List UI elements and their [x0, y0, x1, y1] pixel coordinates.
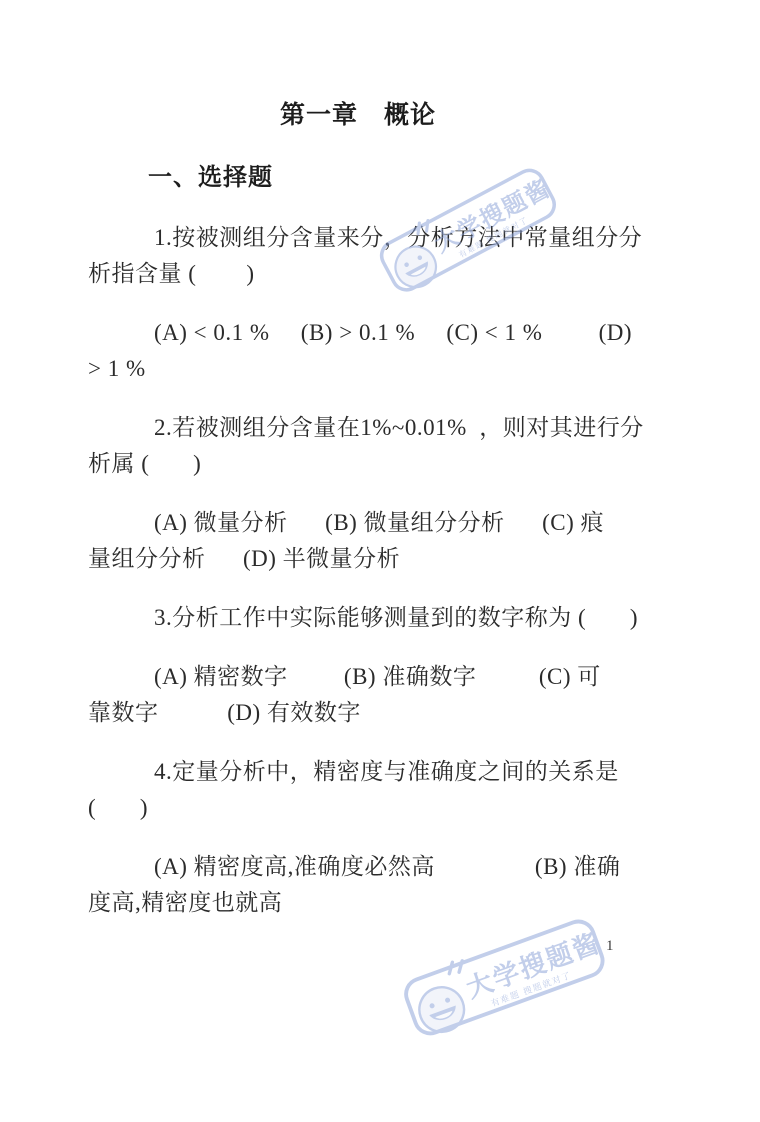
- question-3-line-1: 3.分析工作中实际能够测量到的数字称为 ( ): [88, 600, 628, 636]
- question-4-line-2: ( ): [88, 790, 628, 826]
- stamp-border: [402, 917, 607, 1038]
- question-4-options-line-2: 度高,精密度也就高: [88, 885, 628, 921]
- question-3-options-line-1: (A) 精密数字 (B) 准确数字 (C) 可: [88, 659, 628, 695]
- watermark-stamp-bottom: 大学搜题酱 有难题 搜题就对了: [394, 908, 619, 1056]
- question-1-line-2: 析指含量 ( ): [88, 256, 628, 292]
- mascot-icon: [407, 959, 483, 1038]
- stamp-brand-text: 大学搜题酱: [462, 927, 604, 1003]
- question-2-options-line-2: 量组分分析 (D) 半微量分析: [88, 541, 628, 577]
- question-3-options-line-2: 靠数字 (D) 有效数字: [88, 695, 628, 731]
- question-4-line-1: 4.定量分析中，精密度与准确度之间的关系是: [88, 754, 628, 790]
- question-1-line-1: 1.按被测组分含量来分，分析方法中常量组分分: [88, 220, 628, 256]
- question-1-options-line-1: (A) < 0.1 % (B) > 0.1 % (C) < 1 % (D): [88, 315, 628, 351]
- question-1-options-line-2: > 1 %: [88, 351, 628, 387]
- chapter-title: 第一章 概论: [88, 100, 628, 130]
- stamp-graphic: 大学搜题酱 有难题 搜题就对了: [394, 908, 619, 1056]
- question-2-line-2: 析属 ( ): [88, 446, 628, 482]
- section-heading: 一、选择题: [148, 163, 628, 193]
- question-4-options-line-1: (A) 精密度高,准确度必然高 (B) 准确: [88, 849, 628, 885]
- question-2-line-1: 2.若被测组分含量在1%~0.01% ，则对其进行分: [88, 410, 628, 446]
- page-number: 1: [606, 938, 614, 955]
- question-2-options-line-1: (A) 微量分析 (B) 微量组分分析 (C) 痕: [88, 505, 628, 541]
- stamp-tagline: 有难题 搜题就对了: [489, 969, 573, 1009]
- document-page: 第一章 概论 一、选择题 1.按被测组分含量来分，分析方法中常量组分分 析指含量…: [88, 100, 628, 921]
